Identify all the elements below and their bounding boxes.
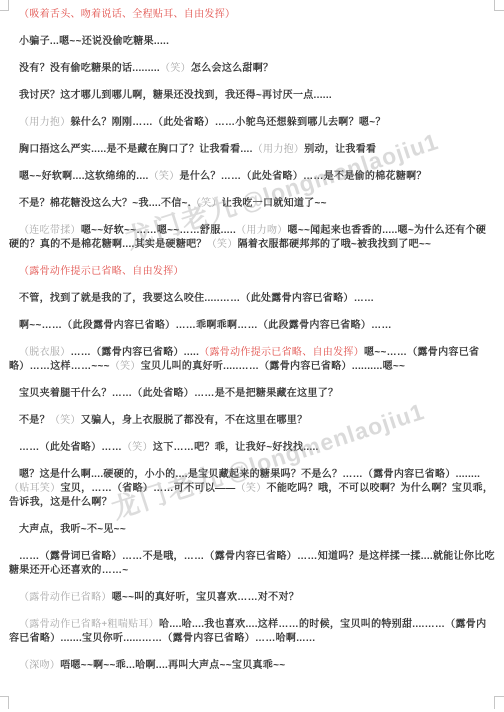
dialogue-text: 不是？棉花糖没这么大？~我....不信~. — [19, 198, 191, 209]
stage-direction-inline: （笑） — [160, 63, 191, 74]
dialogue-text: 躲什么？刚刚……（此处省略）……小鸵鸟还想躲到哪儿去啊？嗯~？ — [71, 117, 386, 128]
dialogue-text: 宝贝儿叫的真好听.....……（露骨内容已省略）..........嗯~~ — [141, 361, 405, 372]
stage-direction-inline: （笑） — [236, 483, 267, 494]
text-boundary-mark-top-left — [0, 0, 9, 11]
stage-direction-inline: （露骨动作已省略） — [19, 592, 112, 603]
stage-direction-inline: （笑） — [191, 198, 222, 209]
dialogue-text: 又骗人，身上衣服脱了都没有，不在这里在哪里？ — [81, 415, 308, 426]
dialogue-text: 嗯？这是什么啊....硬硬的，小小的....是宝贝藏起来的糖果吗？不是么？……（… — [19, 469, 480, 480]
document-page: 龙门老九 @longmenlaojiu1 龙门老九 @longmenlaojiu… — [0, 0, 504, 712]
dialogue-text: 是什么？……（此处省略）……是不是偷的棉花糖啊？ — [180, 171, 427, 182]
script-paragraph: 没有？没有偷吃糖果的话.........（笑）怎么会这么甜啊？ — [9, 62, 495, 76]
text-boundary-mark-top-right — [494, 0, 504, 11]
dialogue-text: 啊~~……（此段露骨内容已省略）……乖啊乖啊……（此段露骨内容已省略）…… — [19, 320, 392, 331]
stage-direction-inline: （深吻） — [19, 660, 60, 671]
stage-direction-red: （露骨动作提示已省略、自由发挥） — [199, 347, 364, 358]
script-paragraph: 宝贝夹着腿干什么？……（此处省略）……是不是把糖果藏在这里了？ — [9, 387, 495, 401]
script-paragraph: 胸口捂这么严实.....是不是藏在胸口了？让我看看....（用力抱）别动，让我看… — [9, 143, 495, 157]
script-paragraph: 嗯？这是什么啊....硬硬的，小小的....是宝贝藏起来的糖果吗？不是么？……（… — [9, 468, 495, 510]
stage-direction-inline: （笑） — [207, 239, 238, 250]
stage-direction-inline: （连吃带揉） — [19, 225, 81, 236]
dialogue-text: 宝贝，……（省略）……可不可以—— — [61, 483, 236, 494]
dialogue-text: 这下……吧？乖，让我好~好找找..... — [153, 442, 319, 453]
dialogue-text: 别动，让我看看 — [304, 144, 376, 155]
dialogue-text: 不是？ — [19, 415, 50, 426]
script-paragraph: （露骨动作提示已省略、自由发挥） — [9, 265, 495, 279]
script-paragraph: （露骨动作已省略+粗喘贴耳）哈....哈....我也喜欢....这样……的时候，… — [9, 618, 495, 646]
script-paragraph: 我讨厌？这才哪儿到哪儿啊，糖果还没找到，我还得~再讨厌一点...... — [9, 89, 495, 103]
dialogue-text: ……（露骨内容已省略）..... — [71, 347, 200, 358]
script-paragraph: 啊~~……（此段露骨内容已省略）……乖啊乖啊……（此段露骨内容已省略）…… — [9, 319, 495, 333]
stage-direction-inline: （用力抱） — [19, 117, 71, 128]
script-paragraph: 小骗子...嗯~~还说没偷吃糖果..... — [9, 35, 495, 49]
dialogue-text: 小骗子...嗯~~还说没偷吃糖果..... — [19, 36, 169, 47]
script-paragraph: 嗯~~好软啊....这软绵绵的....（笑）是什么？……（此处省略）……是不是偷… — [9, 170, 495, 184]
script-paragraph: 大声点，我听~不~见~~ — [9, 523, 495, 537]
stage-direction-inline: （用力吻） — [236, 225, 288, 236]
script-paragraph: ……（露骨词已省略）……不是哦，……（露骨内容已省略）……知道吗？是这样揉一揉.… — [9, 550, 495, 578]
dialogue-text: 嗯~~好软~~……嗯~~……舒服..... — [81, 225, 236, 236]
dialogue-text: 宝贝夹着腿干什么？……（此处省略）……是不是把糖果藏在这里了？ — [19, 388, 338, 399]
script-paragraph: （露骨动作已省略）嗯~~叫的真好听，宝贝喜欢……对不对？ — [9, 591, 495, 605]
stage-direction-inline: （笑） — [149, 171, 180, 182]
script-paragraph: 不是？（笑）又骗人，身上衣服脱了都没有，不在这里在哪里？ — [9, 414, 495, 428]
dialogue-text: ……（露骨词已省略）……不是哦，……（露骨内容已省略）……知道吗？是这样揉一揉.… — [9, 551, 495, 576]
dialogue-text: 怎么会这么甜啊？ — [191, 63, 273, 74]
stage-direction-red: （露骨动作提示已省略、自由发挥） — [19, 266, 184, 277]
script-paragraph: ……（此处省略）……（笑）这下……吧？乖，让我好~好找找..... — [9, 441, 495, 455]
dialogue-text: 大声点，我听~不~见~~ — [19, 524, 126, 535]
dialogue-text: 唔嗯~~啊~~乖...哈啊....再叫大声点~~宝贝真乖~~ — [60, 660, 285, 671]
stage-direction-inline: （用力抱） — [253, 144, 305, 155]
dialogue-text: 让我吃一口就知道了~~ — [222, 198, 327, 209]
dialogue-text: ……（此处省略）…… — [19, 442, 122, 453]
dialogue-text: 我讨厌？这才哪儿到哪儿啊，糖果还没找到，我还得~再讨厌一点...... — [19, 90, 332, 101]
stage-direction-inline: （笑） — [50, 415, 81, 426]
script-text: （吸着舌头、吻着说话、全程贴耳、自由发挥）小骗子...嗯~~还说没偷吃糖果...… — [9, 8, 495, 706]
dialogue-text: 嗯~~叫的真好听，宝贝喜欢……对不对？ — [112, 592, 299, 603]
dialogue-text: 嗯~~好软啊....这软绵绵的.... — [19, 171, 149, 182]
script-paragraph: （吸着舌头、吻着说话、全程贴耳、自由发挥） — [9, 8, 495, 22]
script-paragraph: （深吻）唔嗯~~啊~~乖...哈啊....再叫大声点~~宝贝真乖~~ — [9, 659, 495, 673]
dialogue-text: 胸口捂这么严实.....是不是藏在胸口了？让我看看.... — [19, 144, 253, 155]
stage-direction-inline: （露骨动作已省略+粗喘贴耳） — [19, 619, 159, 630]
stage-direction-red: （吸着舌头、吻着说话、全程贴耳、自由发挥） — [19, 9, 235, 20]
text-boundary-mark-bottom-left — [0, 696, 9, 709]
stage-direction-inline: （脱衣服） — [19, 347, 71, 358]
script-paragraph: （连吃带揉）嗯~~好软~~……嗯~~……舒服.....（用力吻）嗯~~闻起来也香… — [9, 224, 495, 252]
stage-direction-inline: （贴耳笑） — [9, 483, 61, 494]
text-boundary-mark-bottom-right — [494, 696, 504, 709]
script-paragraph: （脱衣服）……（露骨内容已省略）.....（露骨动作提示已省略、自由发挥）嗯~~… — [9, 346, 495, 374]
script-paragraph: （用力抱）躲什么？刚刚……（此处省略）……小鸵鸟还想躲到哪儿去啊？嗯~？ — [9, 116, 495, 130]
dialogue-text: 不管，找到了就是我的了，我要这么咬住.....……（此处露骨内容已省略）…… — [19, 293, 374, 304]
script-paragraph: 不是？棉花糖没这么大？~我....不信~.（笑）让我吃一口就知道了~~ — [9, 197, 495, 211]
script-paragraph: 不管，找到了就是我的了，我要这么咬住.....……（此处露骨内容已省略）…… — [9, 292, 495, 306]
dialogue-text: 隔着衣服都硬邦邦的了哦~被我找到了吧~~ — [238, 239, 432, 250]
dialogue-text: 没有？没有偷吃糖果的话......... — [19, 63, 160, 74]
stage-direction-inline: （笑） — [122, 442, 153, 453]
stage-direction-inline: （笑） — [110, 361, 141, 372]
